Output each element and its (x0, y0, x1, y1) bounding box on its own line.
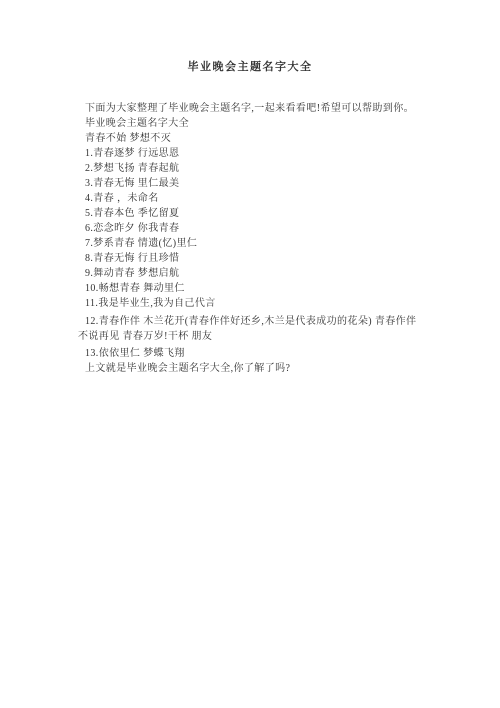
list-item: 11.我是毕业生,我为自己代言 (78, 296, 420, 311)
list-item: 12.青春作伴 木兰花开(青春作伴好还乡,木兰是代表成功的花朵) 青春作伴 不说… (78, 314, 420, 344)
intro-paragraph: 下面为大家整理了毕业晚会主题名字,一起来看看吧!希望可以帮助到你。 (78, 101, 420, 116)
list-item: 5.青春本色 季忆留夏 (78, 206, 420, 221)
list-item: 3.青春无悔 里仁最美 (78, 176, 420, 191)
list-item: 9.舞动青春 梦想启航 (78, 266, 420, 281)
list-item: 4.青春 ，未命名 (78, 191, 420, 206)
list-item: 7.梦系青春 情遗(忆)里仁 (78, 236, 420, 251)
document-body: 下面为大家整理了毕业晚会主题名字,一起来看看吧!希望可以帮助到你。 毕业晚会主题… (0, 101, 500, 376)
page-title: 毕业晚会主题名字大全 (0, 0, 500, 74)
closing-paragraph: 上文就是毕业晚会主题名字大全,你了解了吗? (78, 361, 420, 376)
subtitle: 毕业晚会主题名字大全 (78, 116, 420, 131)
document-page: 毕业晚会主题名字大全 下面为大家整理了毕业晚会主题名字,一起来看看吧!希望可以帮… (0, 0, 500, 708)
list-item: 13.依依里仁 梦蝶飞翔 (78, 346, 420, 361)
list-item: 8.青春无悔 行且珍惜 (78, 251, 420, 266)
list-item: 6.恋念昨夕 你我青春 (78, 221, 420, 236)
slogan-line: 青春不始 梦想不灭 (78, 131, 420, 146)
list-item: 2.梦想飞扬 青春起航 (78, 161, 420, 176)
list-item: 1.青春逐梦 行远思恩 (78, 146, 420, 161)
list-item: 10.畅想青春 舞动里仁 (78, 281, 420, 296)
